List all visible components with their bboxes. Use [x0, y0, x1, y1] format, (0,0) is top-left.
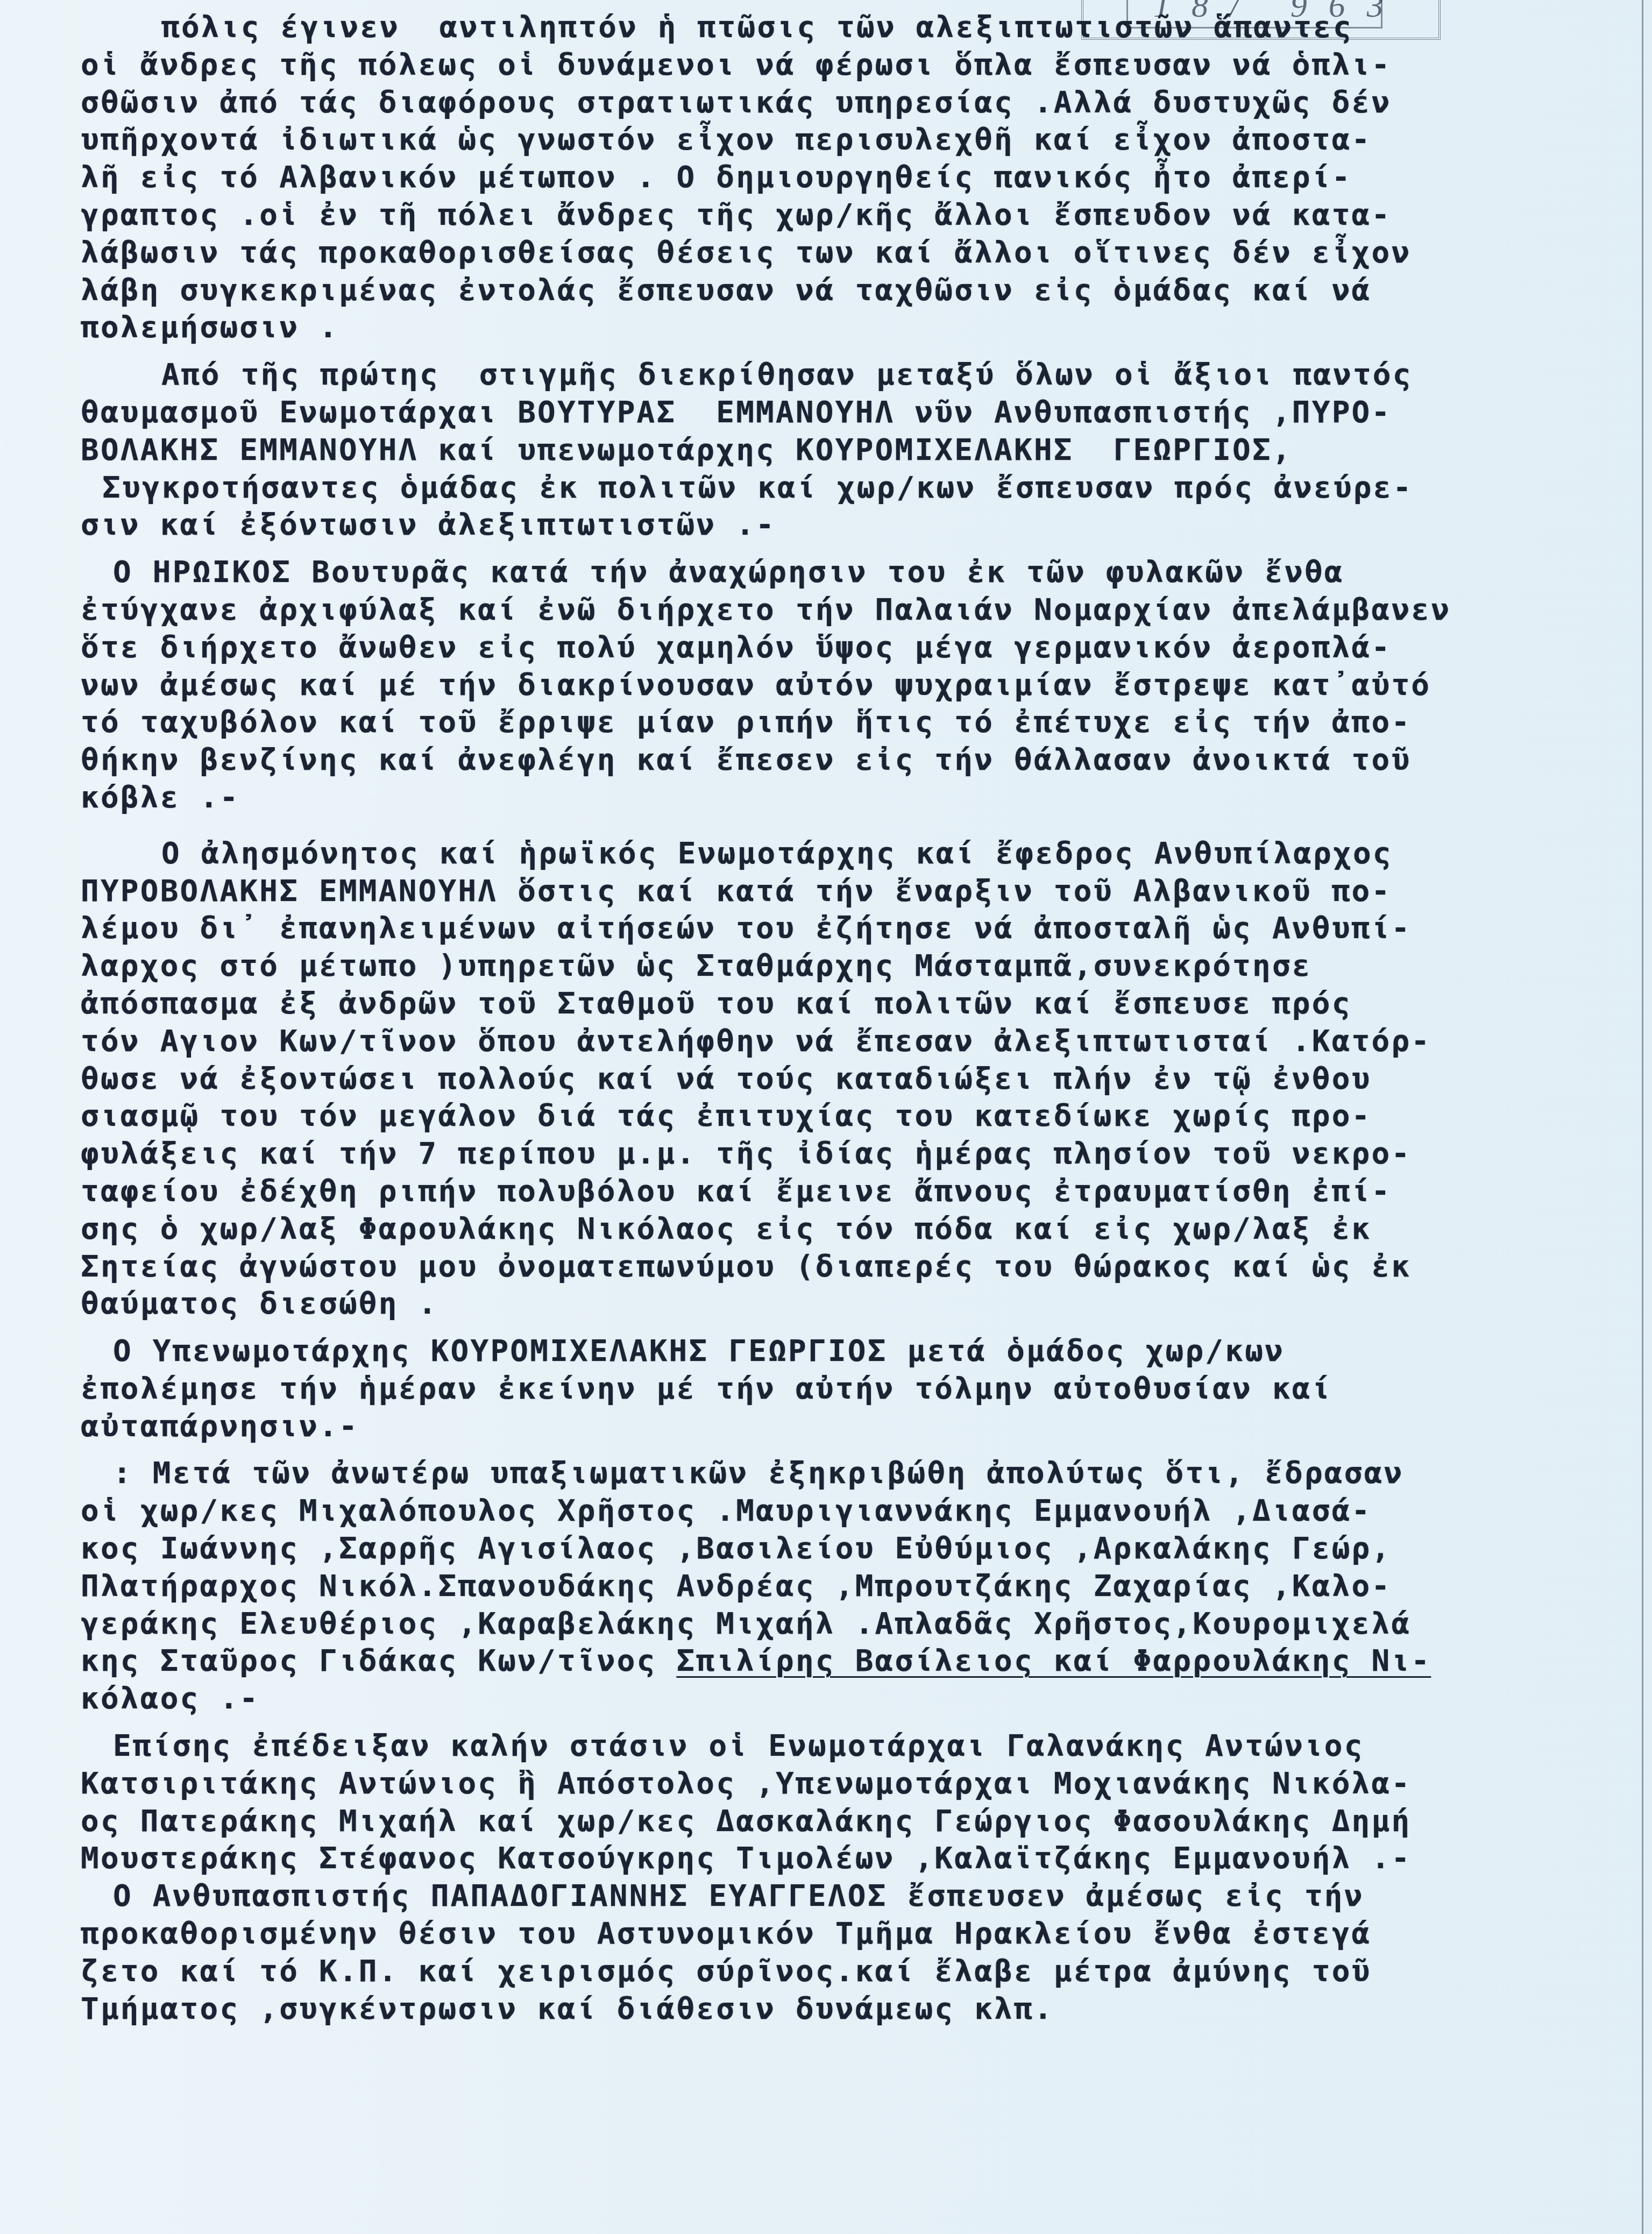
- text-line: ὅτε διήρχετο ἄνωθεν εἰς πολύ χαμηλόν ὕψο…: [81, 629, 1630, 666]
- text-line: τό ταχυβόλον καί τοῦ ἔρριψε μίαν ριπήν ἥ…: [81, 704, 1630, 741]
- text-line: Κατσιριτάκης Αντώνιος ἢ Απόστολος ,Υπενω…: [81, 1765, 1630, 1803]
- text-line: γραπτος .οἱ ἐν τῆ πόλει ἄνδρες τῆς χωρ/κ…: [81, 196, 1630, 234]
- text-line: λάβωσιν τάς προκαθορισθείσας θέσεις των …: [81, 234, 1630, 272]
- text-line: θαυμασμοῦ Ενωμοτάρχαι ΒΟΥΤΥΡΑΣ ΕΜΜΑΝΟΥΗΛ…: [81, 394, 1630, 431]
- text-line: Από τῆς πρώτης στιγμῆς διεκρίθησαν μεταξ…: [81, 356, 1630, 394]
- text-line-with-underline: κης Σταῦρος Γιδάκας Κων/τῖνος Σπιλίρης Β…: [81, 1642, 1630, 1680]
- text-line: ἐτύγχανε ἀρχιφύλαξ καί ἐνῶ διήρχετο τήν …: [81, 591, 1630, 629]
- text-line: υπῆρχοντά ἰδιωτικά ὡς γνωστόν εἶχον περι…: [81, 121, 1630, 159]
- text-line: θαύματος διεσώθη .: [81, 1285, 1630, 1323]
- underlined-names: Σπιλίρης Βασίλειος καί Φαρρουλάκης Νι-: [676, 1643, 1431, 1678]
- text-segment: κης Σταῦρος Γιδάκας Κων/τῖνος: [81, 1643, 676, 1678]
- text-line: θωσε νά ἐξοντώσει πολλούς καί νά τούς κα…: [81, 1060, 1630, 1098]
- paragraph-gap: [81, 1323, 1630, 1332]
- page-edge-rule: [1642, 0, 1643, 2234]
- paragraph-1: πόλις έγινεν αντιληπτόν ἡ πτῶσις τῶν αλε…: [81, 9, 1630, 346]
- text-line: Ο Υπενωμοτάρχης ΚΟΥΡΟΜΙΧΕΛΑΚΗΣ ΓΕΩΡΓΙΟΣ …: [81, 1332, 1630, 1370]
- paragraph-gap: [81, 1718, 1630, 1727]
- text-line: ος Πατεράκης Μιχαήλ καί χωρ/κες Δασκαλάκ…: [81, 1803, 1630, 1840]
- paragraph-8: Ο Ανθυπασπιστής ΠΑΠΑΔΟΓΙΑΝΝΗΣ ΕΥΑΓΓΕΛΟΣ …: [81, 1877, 1630, 2027]
- text-line: τόν Αγιον Κων/τῖνον ὅπου ἀντελήφθην νά ἔ…: [81, 1023, 1630, 1060]
- paragraph-gap: [81, 544, 1630, 554]
- paragraph-5: Ο Υπενωμοτάρχης ΚΟΥΡΟΜΙΧΕΛΑΚΗΣ ΓΕΩΡΓΙΟΣ …: [81, 1332, 1630, 1445]
- text-line: ταφείου ἐδέχθη ριπήν πολυβόλου καί ἔμειν…: [81, 1173, 1630, 1210]
- text-line: κος Ιωάννης ,Σαρρῆς Αγισίλαος ,Βασιλείου…: [81, 1530, 1630, 1568]
- text-line: ΒΟΛΑΚΗΣ ΕΜΜΑΝΟΥΗΛ καί υπενωμοτάρχης ΚΟΥΡ…: [81, 431, 1630, 469]
- text-line: θήκην βενζίνης καί ἀνεφλέγη καί ἔπεσεν ε…: [81, 741, 1630, 779]
- text-line: οἱ ἄνδρες τῆς πόλεως οἱ δυνάμενοι νά φέρ…: [81, 46, 1630, 84]
- paragraph-7: Επίσης ἐπέδειξαν καλήν στάσιν οἱ Ενωμοτά…: [81, 1727, 1630, 1877]
- paragraph-gap: [81, 817, 1630, 835]
- paragraph-gap: [81, 1445, 1630, 1455]
- text-line: γεράκης Ελευθέριος ,Καραβελάκης Μιχαήλ .…: [81, 1605, 1630, 1643]
- text-line: Ο ἀλησμόνητος καί ἡρωϊκός Ενωμοτάρχης κα…: [81, 835, 1630, 873]
- text-line: Ο ΗΡΩΙΚΟΣ Βουτυρᾶς κατά τήν ἀναχώρησιν τ…: [81, 554, 1630, 591]
- paragraph-4: Ο ἀλησμόνητος καί ἡρωϊκός Ενωμοτάρχης κα…: [81, 835, 1630, 1323]
- document-page: 18/ 963 πόλις έγινεν αντιληπτόν ἡ πτῶσις…: [0, 0, 1652, 2234]
- text-line: Ο Ανθυπασπιστής ΠΑΠΑΔΟΓΙΑΝΝΗΣ ΕΥΑΓΓΕΛΟΣ …: [81, 1877, 1630, 1915]
- text-line: λέμου δι᾽ ἐπανηλειμένων αἰτήσεών του ἐζή…: [81, 910, 1630, 947]
- text-line: ζετο καί τό Κ.Π. καί χειρισμός σύρῖνος.κ…: [81, 1953, 1630, 1990]
- text-line: αὐταπάρνησιν.-: [81, 1408, 1630, 1445]
- text-line: λῆ εἰς τό Αλβανικόν μέτωπον . Ο δημιουργ…: [81, 159, 1630, 196]
- typewritten-body: πόλις έγινεν αντιληπτόν ἡ πτῶσις τῶν αλε…: [81, 9, 1630, 2027]
- text-line: Τμήματος ,συγκέντρωσιν καί διάθεσιν δυνά…: [81, 1990, 1630, 2028]
- text-line: λαρχος στό μέτωπο )υπηρετῶν ὡς Σταθμάρχη…: [81, 947, 1630, 985]
- text-line: σης ὁ χωρ/λαξ Φαρουλάκης Νικόλαος εἰς τό…: [81, 1210, 1630, 1248]
- text-line: Πλατήραρχος Νικόλ.Σπανουδάκης Ανδρέας ,Μ…: [81, 1568, 1630, 1605]
- text-line: σιν καί ἐξόντωσιν ἀλεξιπτωτιστῶν .-: [81, 506, 1630, 544]
- text-line: ἀπόσπασμα ἐξ ἀνδρῶν τοῦ Σταθμοῦ του καί …: [81, 985, 1630, 1023]
- text-line: κόβλε .-: [81, 779, 1630, 817]
- paragraph-2: Από τῆς πρώτης στιγμῆς διεκρίθησαν μεταξ…: [81, 356, 1630, 544]
- text-line: Μουστεράκης Στέφανος Κατσούγκρης Τιμολέω…: [81, 1840, 1630, 1877]
- text-line: προκαθορισμένην θέσιν του Αστυνομικόν Τμ…: [81, 1915, 1630, 1953]
- text-line: Σητείας ἀγνώστου μου ὀνοματεπωνύμου (δια…: [81, 1248, 1630, 1286]
- text-line: πόλις έγινεν αντιληπτόν ἡ πτῶσις τῶν αλε…: [81, 9, 1630, 46]
- text-line: ἐπολέμησε τήν ἡμέραν ἐκείνην μέ τήν αὐτή…: [81, 1370, 1630, 1408]
- text-line: σιασμῷ του τόν μεγάλον διά τάς ἐπιτυχίας…: [81, 1097, 1630, 1135]
- text-line: ΠΥΡΟΒΟΛΑΚΗΣ ΕΜΜΑΝΟΥΗΛ ὅστις καί κατά τήν…: [81, 873, 1630, 910]
- text-line: κόλαος .-: [81, 1680, 1630, 1718]
- text-line: Συγκροτήσαντες ὁμάδας ἐκ πολιτῶν καί χωρ…: [81, 469, 1630, 507]
- text-line: νων ἀμέσως καί μέ τήν διακρίνουσαν αὐτόν…: [81, 666, 1630, 704]
- text-line: : Μετά τῶν ἀνωτέρω υπαξιωματικῶν ἐξηκριβ…: [81, 1455, 1630, 1492]
- text-line: πολεμήσωσιν .: [81, 309, 1630, 346]
- text-line: φυλάξεις καί τήν 7 περίπου μ.μ. τῆς ἰδία…: [81, 1135, 1630, 1173]
- text-line: σθῶσιν ἀπό τάς διαφόρους στρατιωτικάς υπ…: [81, 84, 1630, 122]
- text-line: Επίσης ἐπέδειξαν καλήν στάσιν οἱ Ενωμοτά…: [81, 1727, 1630, 1765]
- paragraph-3: Ο ΗΡΩΙΚΟΣ Βουτυρᾶς κατά τήν ἀναχώρησιν τ…: [81, 554, 1630, 817]
- paragraph-gap: [81, 346, 1630, 356]
- text-line: λάβη συγκεκριμένας ἐντολάς ἔσπευσαν νά τ…: [81, 272, 1630, 309]
- paragraph-6: : Μετά τῶν ἀνωτέρω υπαξιωματικῶν ἐξηκριβ…: [81, 1455, 1630, 1718]
- text-line: οἱ χωρ/κες Μιχαλόπουλος Χρῆστος .Μαυριγι…: [81, 1492, 1630, 1530]
